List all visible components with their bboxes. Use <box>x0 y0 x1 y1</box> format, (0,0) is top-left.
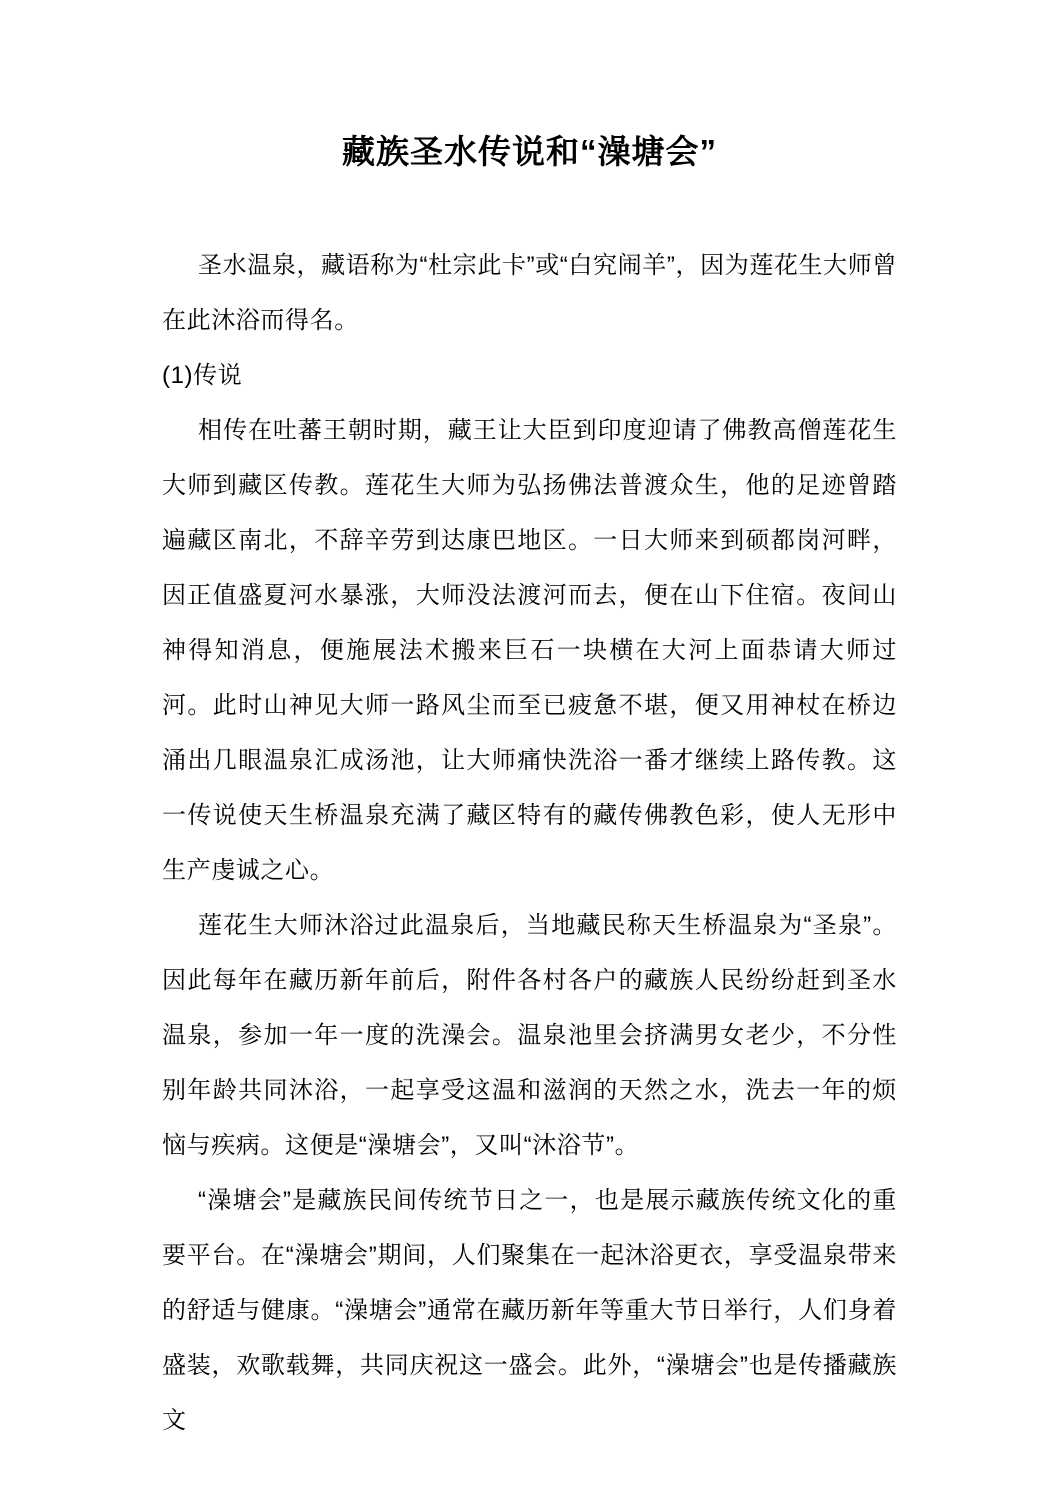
paragraph: 圣水温泉，藏语称为“杜宗此卡”或“白究闹羊”，因为莲花生大师曾在此沐浴而得名。 <box>162 238 897 348</box>
paragraph: 相传在吐蕃王朝时期，藏王让大臣到印度迎请了佛教高僧莲花生大师到藏区传教。莲花生大… <box>162 403 897 898</box>
document-body: 圣水温泉，藏语称为“杜宗此卡”或“白究闹羊”，因为莲花生大师曾在此沐浴而得名。(… <box>162 238 897 1448</box>
document-page: 藏族圣水传说和“澡塘会” 圣水温泉，藏语称为“杜宗此卡”或“白究闹羊”，因为莲花… <box>0 0 1059 1497</box>
paragraph: 莲花生大师沐浴过此温泉后，当地藏民称天生桥温泉为“圣泉”。因此每年在藏历新年前后… <box>162 898 897 1173</box>
paragraph: “澡塘会”是藏族民间传统节日之一，也是展示藏族传统文化的重要平台。在“澡塘会”期… <box>162 1173 897 1448</box>
paragraph: (1)传说 <box>162 348 897 403</box>
document-title: 藏族圣水传说和“澡塘会” <box>162 130 897 174</box>
